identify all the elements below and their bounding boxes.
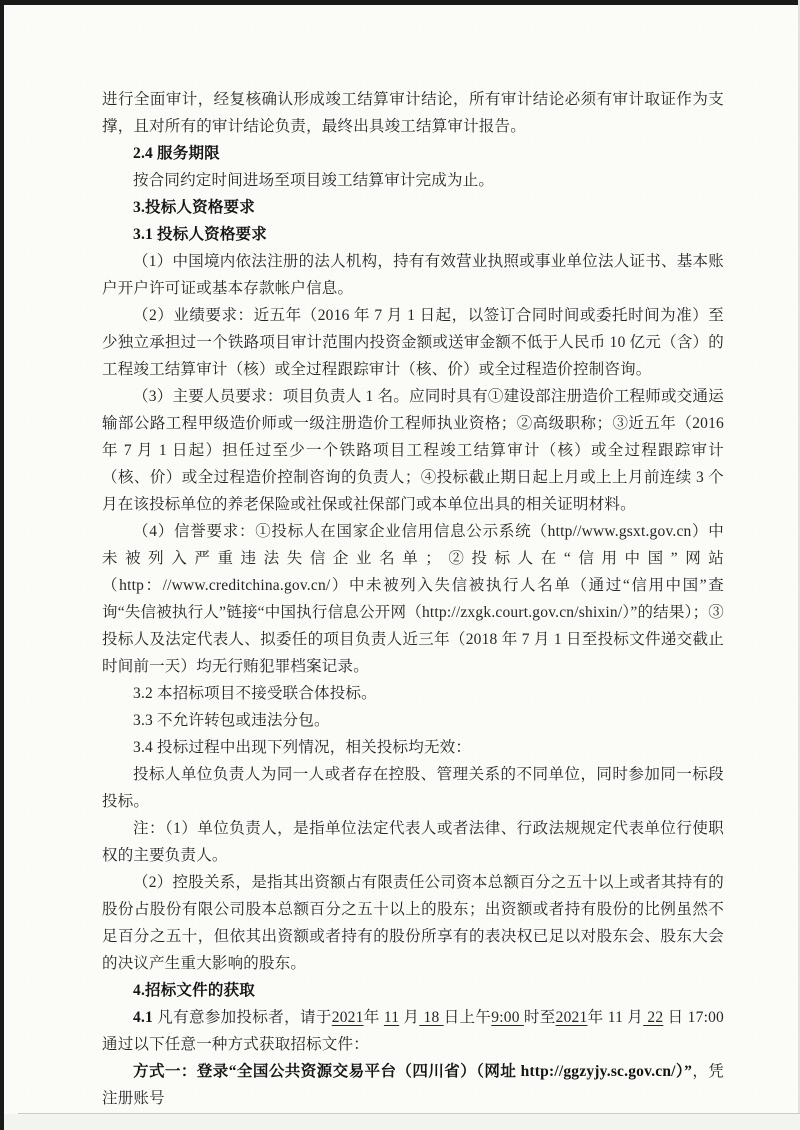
text-run-bold: 2.4 服务期限 xyxy=(133,145,220,162)
text-run-bold: 4.1 xyxy=(133,1009,157,1026)
text-run: （4）信誉要求：①投标人在国家企业信用信息公示系统（http//www.gsxt… xyxy=(102,523,724,675)
text-run: 日上午 xyxy=(444,1009,492,1026)
text-run: 年 xyxy=(364,1009,384,1026)
text-run-bold: 4.招标文件的获取 xyxy=(133,982,255,999)
text-run-bold: 方式一：登录“全国公共资源交易平台（四川省）（网址 http://ggzyjy.… xyxy=(133,1063,692,1080)
para-audit-conclusion: 进行全面审计，经复核确认形成竣工结算审计结论，所有审计结论必须有审计取证作为支撑… xyxy=(102,86,724,140)
para-note-1: 注：（1）单位负责人，是指单位法定代表人或者法律、行政法规规定代表单位行使职权的… xyxy=(102,815,724,869)
text-run: 按合同约定时间进场至项目竣工结算审计完成为止。 xyxy=(133,172,494,189)
text-run: （2）控股关系，是指其出资额占有限责任公司资本总额百分之五十以上或者其持有的股份… xyxy=(102,874,724,972)
text-run-underline: 2021 xyxy=(332,1009,364,1026)
text-run: （1）中国境内依法注册的法人机构，持有有效营业执照或事业单位法人证书、基本账户开… xyxy=(102,253,724,297)
text-run: 3.4 投标过程中出现下列情况，相关投标均无效： xyxy=(133,739,471,756)
para-method-1: 方式一：登录“全国公共资源交易平台（四川省）（网址 http://ggzyjy.… xyxy=(102,1058,724,1112)
para-3-1-item-3: （3）主要人员要求：项目负责人 1 名。应同时具有①建设部注册造价工程师或交通运… xyxy=(102,383,724,518)
scan-edge-left xyxy=(0,0,4,1130)
text-run: 月 xyxy=(399,1009,419,1026)
text-run: 3.3 不允许转包或违法分包。 xyxy=(133,712,330,729)
text-run: （2）业绩要求：近五年（2016 年 7 月 1 日起，以签订合同时间或委托时间… xyxy=(102,307,724,378)
text-run-underline: 9:00 xyxy=(491,1009,524,1026)
text-run: 年 11 月 xyxy=(587,1009,643,1026)
para-3-1-item-2: （2）业绩要求：近五年（2016 年 7 月 1 日起，以签订合同时间或委托时间… xyxy=(102,302,724,383)
text-run-bold: 3.投标人资格要求 xyxy=(133,199,255,216)
para-note-2: （2）控股关系，是指其出资额占有限责任公司资本总额百分之五十以上或者其持有的股份… xyxy=(102,869,724,977)
para-3-3: 3.3 不允许转包或违法分包。 xyxy=(102,707,724,734)
para-3-1-item-1: （1）中国境内依法注册的法人机构，持有有效营业执照或事业单位法人证书、基本账户开… xyxy=(102,248,724,302)
text-run-bold: 3.1 投标人资格要求 xyxy=(133,226,267,243)
text-run-underline: 2021 xyxy=(556,1009,588,1026)
para-3-2: 3.2 本招标项目不接受联合体投标。 xyxy=(102,680,724,707)
para-service-period: 按合同约定时间进场至项目竣工结算审计完成为止。 xyxy=(102,167,724,194)
heading-4-obtain-documents: 4.招标文件的获取 xyxy=(102,977,724,1004)
para-4-1: 4.1 凡有意参加投标者，请于2021年 11 月 18 日上午9:00 时至2… xyxy=(102,1004,724,1058)
text-run: 凡有意参加投标者，请于 xyxy=(157,1009,332,1026)
para-3-4: 3.4 投标过程中出现下列情况，相关投标均无效： xyxy=(102,734,724,761)
text-run: （3）主要人员要求：项目负责人 1 名。应同时具有①建设部注册造价工程师或交通运… xyxy=(102,388,724,513)
text-run-underline: 11 xyxy=(384,1009,399,1026)
text-run-underline: 18 xyxy=(419,1009,443,1026)
text-run: 投标人单位负责人为同一人或者存在控股、管理关系的不同单位，同时参加同一标段投标。 xyxy=(102,766,724,810)
heading-3-bidder-qualification: 3.投标人资格要求 xyxy=(102,194,724,221)
scanned-document-page: 进行全面审计，经复核确认形成竣工结算审计结论，所有审计结论必须有审计取证作为支撑… xyxy=(0,0,800,1130)
para-3-4-case: 投标人单位负责人为同一人或者存在控股、管理关系的不同单位，同时参加同一标段投标。 xyxy=(102,761,724,815)
text-run: 注：（1）单位负责人，是指单位法定代表人或者法律、行政法规规定代表单位行使职权的… xyxy=(102,820,724,864)
scan-bottom-band xyxy=(4,1114,800,1130)
para-3-1-item-4: （4）信誉要求：①投标人在国家企业信用信息公示系统（http//www.gsxt… xyxy=(102,518,724,680)
text-run: 时至 xyxy=(524,1009,556,1026)
scan-edge-top xyxy=(0,0,800,5)
document-body: 进行全面审计，经复核确认形成竣工结算审计结论，所有审计结论必须有审计取证作为支撑… xyxy=(102,86,724,1112)
text-run-underline: 22 xyxy=(643,1009,663,1026)
heading-3-1-bidder-qualification: 3.1 投标人资格要求 xyxy=(102,221,724,248)
text-run: 进行全面审计，经复核确认形成竣工结算审计结论，所有审计结论必须有审计取证作为支撑… xyxy=(102,91,724,135)
text-run: 3.2 本招标项目不接受联合体投标。 xyxy=(133,685,377,702)
heading-2-4-service-period: 2.4 服务期限 xyxy=(102,140,724,167)
